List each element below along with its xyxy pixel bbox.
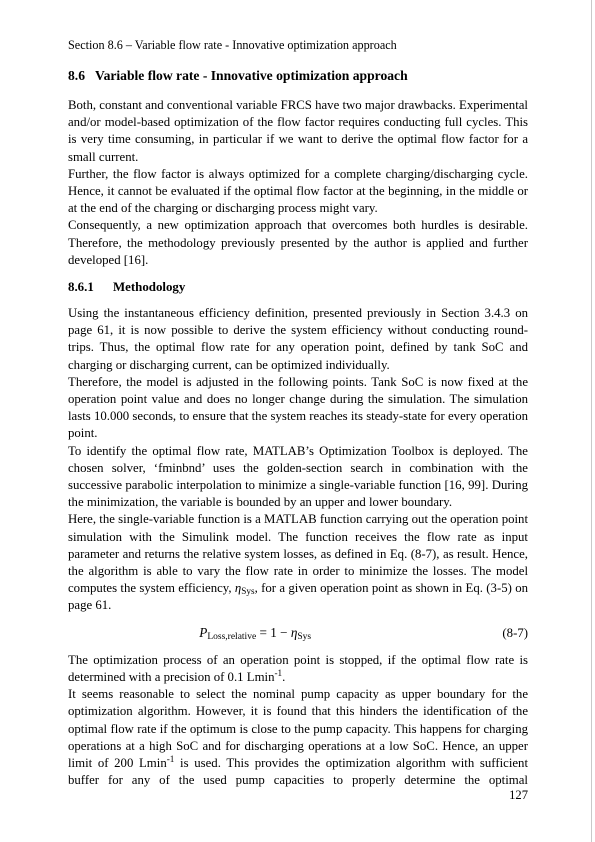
heading-number: 8.6	[68, 67, 95, 85]
section-heading: 8.6Variable flow rate - Innovative optim…	[68, 67, 528, 85]
page-edge-line	[591, 0, 592, 842]
equation: PLoss,relative = 1 − ηSys(8-7)	[68, 624, 528, 642]
text-run: Consequently, a new optimization approac…	[68, 218, 528, 266]
heading-title: Variable flow rate - Innovative optimiza…	[95, 68, 408, 83]
text-run: Therefore, the model is adjusted in the …	[68, 375, 528, 441]
heading-title: Methodology	[113, 280, 185, 294]
running-header: Section 8.6 – Variable flow rate - Innov…	[68, 38, 528, 53]
paragraph: Both, constant and conventional variable…	[68, 97, 528, 166]
text-run: = 1 −	[256, 625, 291, 640]
text-run: .	[282, 670, 285, 684]
superscript: -1	[274, 668, 282, 678]
subscript: Sys	[297, 632, 311, 642]
text-run: The optimization process of an operation…	[68, 653, 528, 684]
document-page: Section 8.6 – Variable flow rate - Innov…	[0, 0, 595, 842]
equation-label: (8-7)	[502, 624, 528, 642]
text-run: Using the instantaneous efficiency defin…	[68, 306, 528, 372]
text-run: To identify the optimal flow rate, MATLA…	[68, 444, 528, 510]
paragraph: Further, the flow factor is always optim…	[68, 166, 528, 218]
paragraph: It seems reasonable to select the nomina…	[68, 686, 528, 789]
paragraph: The optimization process of an operation…	[68, 652, 528, 686]
subscript: Sys	[241, 586, 254, 596]
page-number: 127	[509, 788, 528, 803]
text-run: Further, the flow factor is always optim…	[68, 167, 528, 215]
paragraph: To identify the optimal flow rate, MATLA…	[68, 443, 528, 512]
subsection-heading: 8.6.1Methodology	[68, 279, 528, 296]
text-run: Both, constant and conventional variable…	[68, 98, 528, 164]
paragraph: Therefore, the model is adjusted in the …	[68, 374, 528, 443]
paragraph: Using the instantaneous efficiency defin…	[68, 305, 528, 374]
paragraph: Consequently, a new optimization approac…	[68, 217, 528, 269]
document-content: 8.6Variable flow rate - Innovative optim…	[68, 67, 528, 789]
equation-formula: PLoss,relative = 1 − ηSys	[68, 624, 442, 642]
heading-number: 8.6.1	[68, 279, 113, 296]
subscript: Loss,relative	[207, 632, 256, 642]
paragraph: Here, the single-variable function is a …	[68, 511, 528, 614]
